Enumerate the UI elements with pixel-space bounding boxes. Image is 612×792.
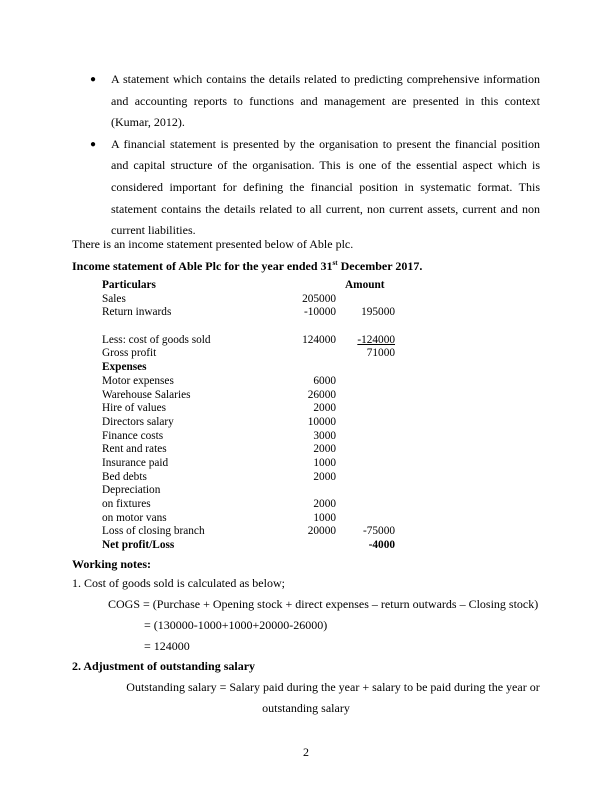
table-row: Warehouse Salaries26000 — [102, 389, 402, 403]
row-amount-total: 195000 — [361, 306, 395, 320]
row-amount-sub: 2000 — [313, 498, 336, 512]
table-row: Rent and rates2000 — [102, 443, 402, 457]
cogs-calc: = (130000-1000+1000+20000-26000) — [144, 618, 327, 633]
row-label: on fixtures — [102, 498, 151, 512]
row-amount-sub: 10000 — [308, 416, 336, 430]
statement-title: Income statement of Able Plc for the yea… — [72, 259, 422, 274]
row-amount-sub: 26000 — [308, 389, 336, 403]
statement-title-main: Income statement of Able Plc for the yea… — [72, 259, 333, 273]
table-row: on motor vans1000 — [102, 512, 402, 526]
bullet-line: (Kumar, 2012). — [111, 112, 540, 134]
row-amount-total: 71000 — [367, 347, 395, 361]
row-amount-total: -4000 — [369, 539, 395, 553]
row-label: Depreciation — [102, 484, 160, 498]
bullet-line: statement contains the details related t… — [111, 199, 540, 221]
cogs-result: = 124000 — [144, 639, 190, 654]
salary-formula-line2: outstanding salary — [0, 701, 612, 716]
bullet-line: A statement which contains the details r… — [111, 69, 540, 91]
row-label: Bed debts — [102, 471, 147, 485]
bullet-icon: ● — [90, 134, 96, 156]
table-row: Directors salary10000 — [102, 416, 402, 430]
bullet-line: and capital structure of the organisatio… — [111, 155, 540, 177]
row-amount-sub: 2000 — [313, 471, 336, 485]
table-row: Gross profit71000 — [102, 347, 402, 361]
salary-formula-line1: Outstanding salary = Salary paid during … — [0, 680, 612, 695]
income-statement-table: Particulars Amount Sales205000Return inw… — [102, 279, 402, 553]
note1-title: 1. Cost of goods sold is calculated as b… — [72, 576, 285, 591]
table-row: Return inwards-10000195000 — [102, 306, 402, 320]
row-amount-sub: 1000 — [313, 457, 336, 471]
table-row: Hire of values2000 — [102, 402, 402, 416]
bullet-line: considered important for defining the fi… — [111, 177, 540, 199]
header-particulars: Particulars — [102, 279, 156, 293]
row-label: Sales — [102, 293, 126, 307]
table-row — [102, 320, 402, 334]
row-amount-sub: -10000 — [304, 306, 336, 320]
row-label: Expenses — [102, 361, 147, 375]
row-amount-sub: 2000 — [313, 402, 336, 416]
table-row: on fixtures2000 — [102, 498, 402, 512]
bullet-icon: ● — [90, 69, 96, 91]
table-body: Sales205000Return inwards-10000195000Les… — [102, 293, 402, 553]
table-row: Loss of closing branch20000-75000 — [102, 525, 402, 539]
row-label: Return inwards — [102, 306, 171, 320]
cogs-formula: COGS = (Purchase + Opening stock + direc… — [108, 597, 538, 612]
row-label: Loss of closing branch — [102, 525, 205, 539]
table-row: Motor expenses6000 — [102, 375, 402, 389]
note2-title: 2. Adjustment of outstanding salary — [72, 659, 255, 674]
row-label: Hire of values — [102, 402, 166, 416]
statement-title-end: December 2017. — [338, 259, 423, 273]
table-row: Less: cost of goods sold124000-124000 — [102, 334, 402, 348]
row-label: Rent and rates — [102, 443, 167, 457]
row-amount-sub: 2000 — [313, 443, 336, 457]
row-label: Insurance paid — [102, 457, 168, 471]
table-row: Insurance paid1000 — [102, 457, 402, 471]
row-label: Warehouse Salaries — [102, 389, 191, 403]
table-row: Expenses — [102, 361, 402, 375]
bullet-item-2: ● A financial statement is presented by … — [72, 134, 540, 242]
bullet-list: ● A statement which contains the details… — [72, 69, 540, 242]
row-label: Finance costs — [102, 430, 163, 444]
row-amount-sub: 124000 — [302, 334, 336, 348]
row-amount-sub: 1000 — [313, 512, 336, 526]
row-amount-sub: 205000 — [302, 293, 336, 307]
row-amount-sub: 20000 — [308, 525, 336, 539]
row-label: Directors salary — [102, 416, 174, 430]
row-amount-total: -75000 — [363, 525, 395, 539]
row-amount-sub: 6000 — [313, 375, 336, 389]
page-number: 2 — [0, 745, 612, 760]
table-row: Sales205000 — [102, 293, 402, 307]
row-label: Gross profit — [102, 347, 156, 361]
row-amount-total: -124000 — [357, 334, 395, 348]
table-row: Depreciation — [102, 484, 402, 498]
row-amount-sub: 3000 — [313, 430, 336, 444]
row-label: on motor vans — [102, 512, 167, 526]
table-row: Finance costs3000 — [102, 430, 402, 444]
bullet-line: A financial statement is presented by th… — [111, 134, 540, 156]
bullet-line: and accounting reports to functions and … — [111, 91, 540, 113]
intro-text: There is an income statement presented b… — [72, 237, 353, 252]
row-label: Motor expenses — [102, 375, 174, 389]
working-notes-heading: Working notes: — [72, 557, 151, 572]
row-label: Less: cost of goods sold — [102, 334, 211, 348]
table-row: Net profit/Loss-4000 — [102, 539, 402, 553]
table-header: Particulars Amount — [102, 279, 402, 293]
row-label: Net profit/Loss — [102, 539, 174, 553]
header-amount: Amount — [345, 279, 385, 293]
table-row: Bed debts2000 — [102, 471, 402, 485]
bullet-item-1: ● A statement which contains the details… — [72, 69, 540, 134]
